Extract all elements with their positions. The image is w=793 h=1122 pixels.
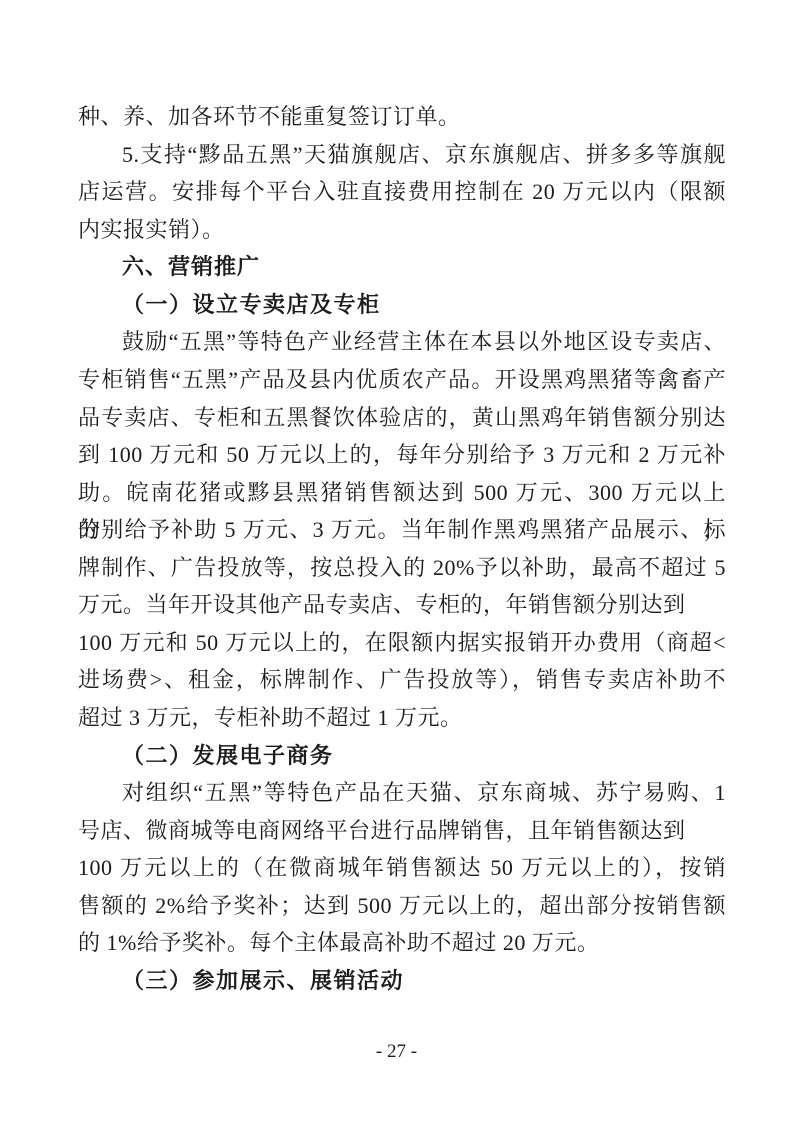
paragraph-line: 100 万元和 50 万元以上的，在限额内据实报销开办费用（商超< (78, 624, 726, 662)
paragraph-line: 售额的 2%给予奖补；达到 500 万元以上的，超出部分按销售额 (78, 887, 726, 925)
paragraph-line: 鼓励“五黑”等特色产业经营主体在本县以外地区设专卖店、 (78, 323, 726, 361)
paragraph-line: 种、养、加各环节不能重复签订订单。 (78, 98, 726, 136)
paragraph-line: 专柜销售“五黑”产品及县内优质农产品。开设黑鸡黑猪等禽畜产 (78, 361, 726, 399)
paragraph-line: 的 1%给予奖补。每个主体最高补助不超过 20 万元。 (78, 924, 726, 962)
section-heading: 六、营销推广 (78, 248, 726, 286)
paragraph-line: 5.支持“黟品五黑”天猫旗舰店、京东旗舰店、拼多多等旗舰 (78, 136, 726, 174)
subsection-heading: （一）设立专卖店及专柜 (78, 286, 726, 324)
paragraph-line: 牌制作、广告投放等，按总投入的 20%予以补助，最高不超过 5 (78, 549, 726, 587)
paragraph-line: 品专卖店、专柜和五黑餐饮体验店的，黄山黑鸡年销售额分别达 (78, 399, 726, 437)
paragraph-line: 万元。当年开设其他产品专卖店、专柜的，年销售额分别达到 (78, 586, 726, 624)
paragraph-line: 分别给予补助 5 万元、3 万元。当年制作黑鸡黑猪产品展示、标 (78, 511, 726, 549)
document-page: 种、养、加各环节不能重复签订订单。5.支持“黟品五黑”天猫旗舰店、京东旗舰店、拼… (0, 0, 793, 1122)
paragraph-line: 超过 3 万元，专柜补助不超过 1 万元。 (78, 699, 726, 737)
paragraph-line: 对组织“五黑”等特色产品在天猫、京东商城、苏宁易购、1 (78, 774, 726, 812)
paragraph-line: 进场费>、租金，标牌制作、广告投放等），销售专卖店补助不 (78, 661, 726, 699)
paragraph-line: 到 100 万元和 50 万元以上的，每年分别给予 3 万元和 2 万元补 (78, 436, 726, 474)
paragraph-line: 100 万元以上的（在微商城年销售额达 50 万元以上的），按销 (78, 849, 726, 887)
paragraph-line: 号店、微商城等电商网络平台进行品牌销售，且年销售额达到 (78, 812, 726, 850)
paragraph-line: 助。皖南花猪或黟县黑猪销售额达到 500 万元、300 万元以上的， (78, 474, 726, 512)
page-number: - 27 - (0, 1038, 793, 1066)
paragraph-line: 店运营。安排每个平台入驻直接费用控制在 20 万元以内（限额 (78, 173, 726, 211)
paragraph-line: 内实报实销）。 (78, 211, 726, 249)
subsection-heading: （三）参加展示、展销活动 (78, 962, 726, 1000)
subsection-heading: （二）发展电子商务 (78, 737, 726, 775)
document-body: 种、养、加各环节不能重复签订订单。5.支持“黟品五黑”天猫旗舰店、京东旗舰店、拼… (78, 98, 726, 1000)
